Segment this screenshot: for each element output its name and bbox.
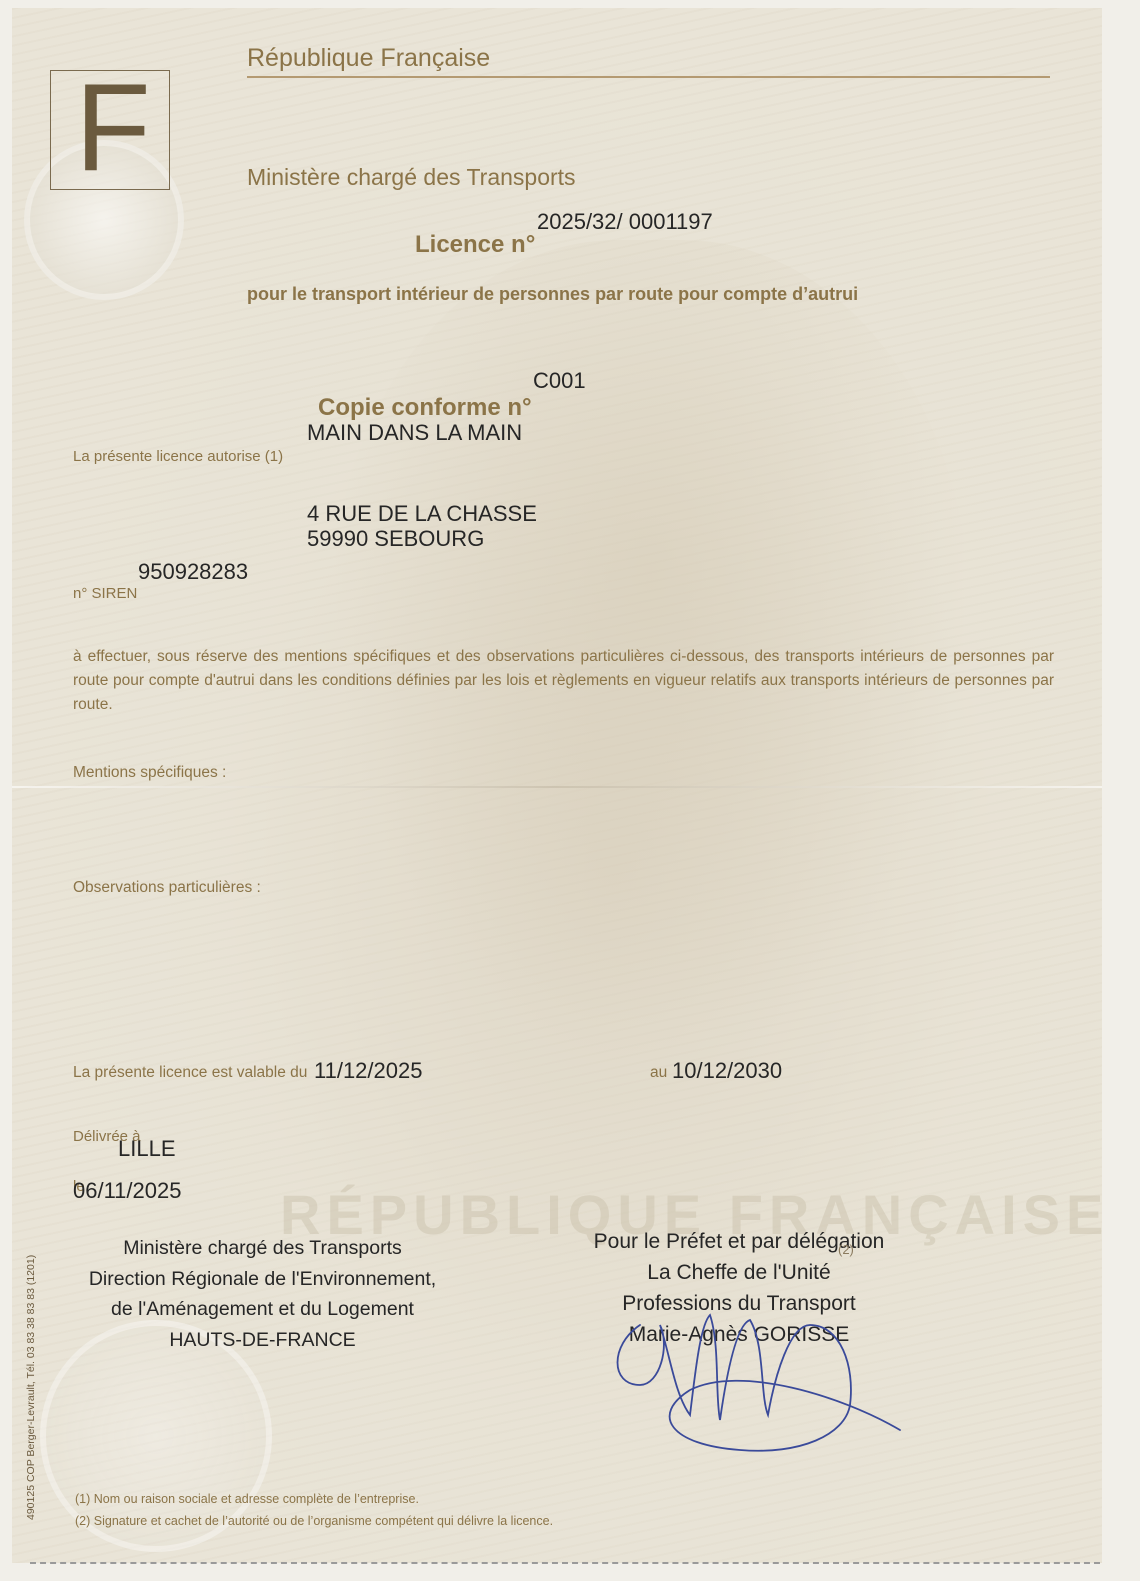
printer-reference: 490125 COP Berger-Levrault, Tél. 03 83 3… xyxy=(25,1255,37,1520)
issuer-line: HAUTS-DE-FRANCE xyxy=(60,1325,465,1356)
licence-label: Licence n° xyxy=(415,231,535,259)
address-line2: 59990 SEBOURG xyxy=(307,526,484,552)
company-name: MAIN DANS LA MAIN xyxy=(307,420,522,446)
address-line1: 4 RUE DE LA CHASSE xyxy=(307,501,537,527)
issuer-block: Ministère chargé des Transports Directio… xyxy=(60,1233,465,1355)
copy-number: C001 xyxy=(533,368,586,394)
country-code-letter: F xyxy=(75,66,151,190)
specific-mentions-label: Mentions spécifiques : xyxy=(73,764,226,782)
paper-edge xyxy=(30,1562,1100,1564)
validity-to-label: au xyxy=(650,1064,667,1082)
issued-at-city: LILLE xyxy=(118,1136,176,1162)
footnote-1: (1) Nom ou raison sociale et adresse com… xyxy=(75,1492,419,1506)
handwritten-signature xyxy=(600,1285,910,1465)
footnote-2: (2) Signature et cachet de l’autorité ou… xyxy=(75,1514,553,1528)
issuer-line: de l'Aménagement et du Logement xyxy=(60,1294,465,1325)
authorization-text: à effectuer, sous réserve des mentions s… xyxy=(73,645,1054,717)
signature-footnote-ref: (2) xyxy=(838,1242,854,1257)
siren-number: 950928283 xyxy=(138,559,248,585)
siren-label: n° SIREN xyxy=(73,585,137,602)
ministry-title: Ministère chargé des Transports xyxy=(247,164,576,191)
fold-crease xyxy=(12,786,1102,788)
validity-from-date: 11/12/2025 xyxy=(314,1058,422,1084)
authorizes-label: La présente licence autorise (1) xyxy=(73,448,283,465)
licence-number: 2025/32/ 0001197 xyxy=(537,209,713,235)
copy-label: Copie conforme n° xyxy=(318,394,532,422)
validity-to-date: 10/12/2030 xyxy=(672,1058,782,1084)
header-rule xyxy=(247,76,1050,78)
licence-subtitle: pour le transport intérieur de personnes… xyxy=(247,284,858,305)
observations-label: Observations particulières : xyxy=(73,879,261,897)
republic-title: République Française xyxy=(247,44,490,73)
issued-on-date: 06/11/2025 xyxy=(73,1178,181,1204)
validity-label: La présente licence est valable du xyxy=(73,1064,307,1082)
signatory-line: La Cheffe de l'Unité xyxy=(560,1257,918,1288)
signatory-line: Pour le Préfet et par délégation xyxy=(560,1226,918,1257)
issuer-line: Ministère chargé des Transports xyxy=(60,1233,465,1264)
issuer-line: Direction Régionale de l'Environnement, xyxy=(60,1264,465,1295)
